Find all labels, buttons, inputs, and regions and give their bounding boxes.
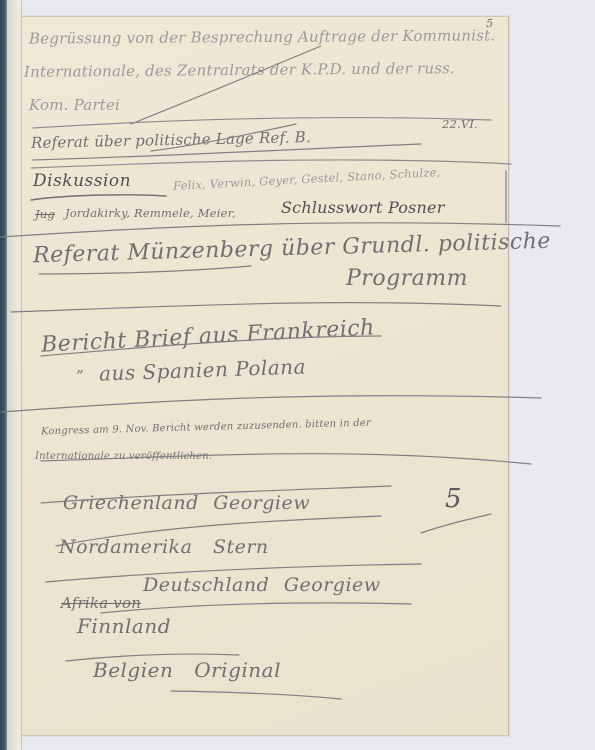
pencil-rules — [21, 16, 509, 734]
document-viewer: 5 Begrüssung von der Besprechung Auftrag… — [0, 0, 595, 750]
binding-strip — [0, 0, 7, 750]
page-content: 5 Begrüssung von der Besprechung Auftrag… — [21, 16, 509, 734]
previous-page-edge — [7, 0, 22, 750]
